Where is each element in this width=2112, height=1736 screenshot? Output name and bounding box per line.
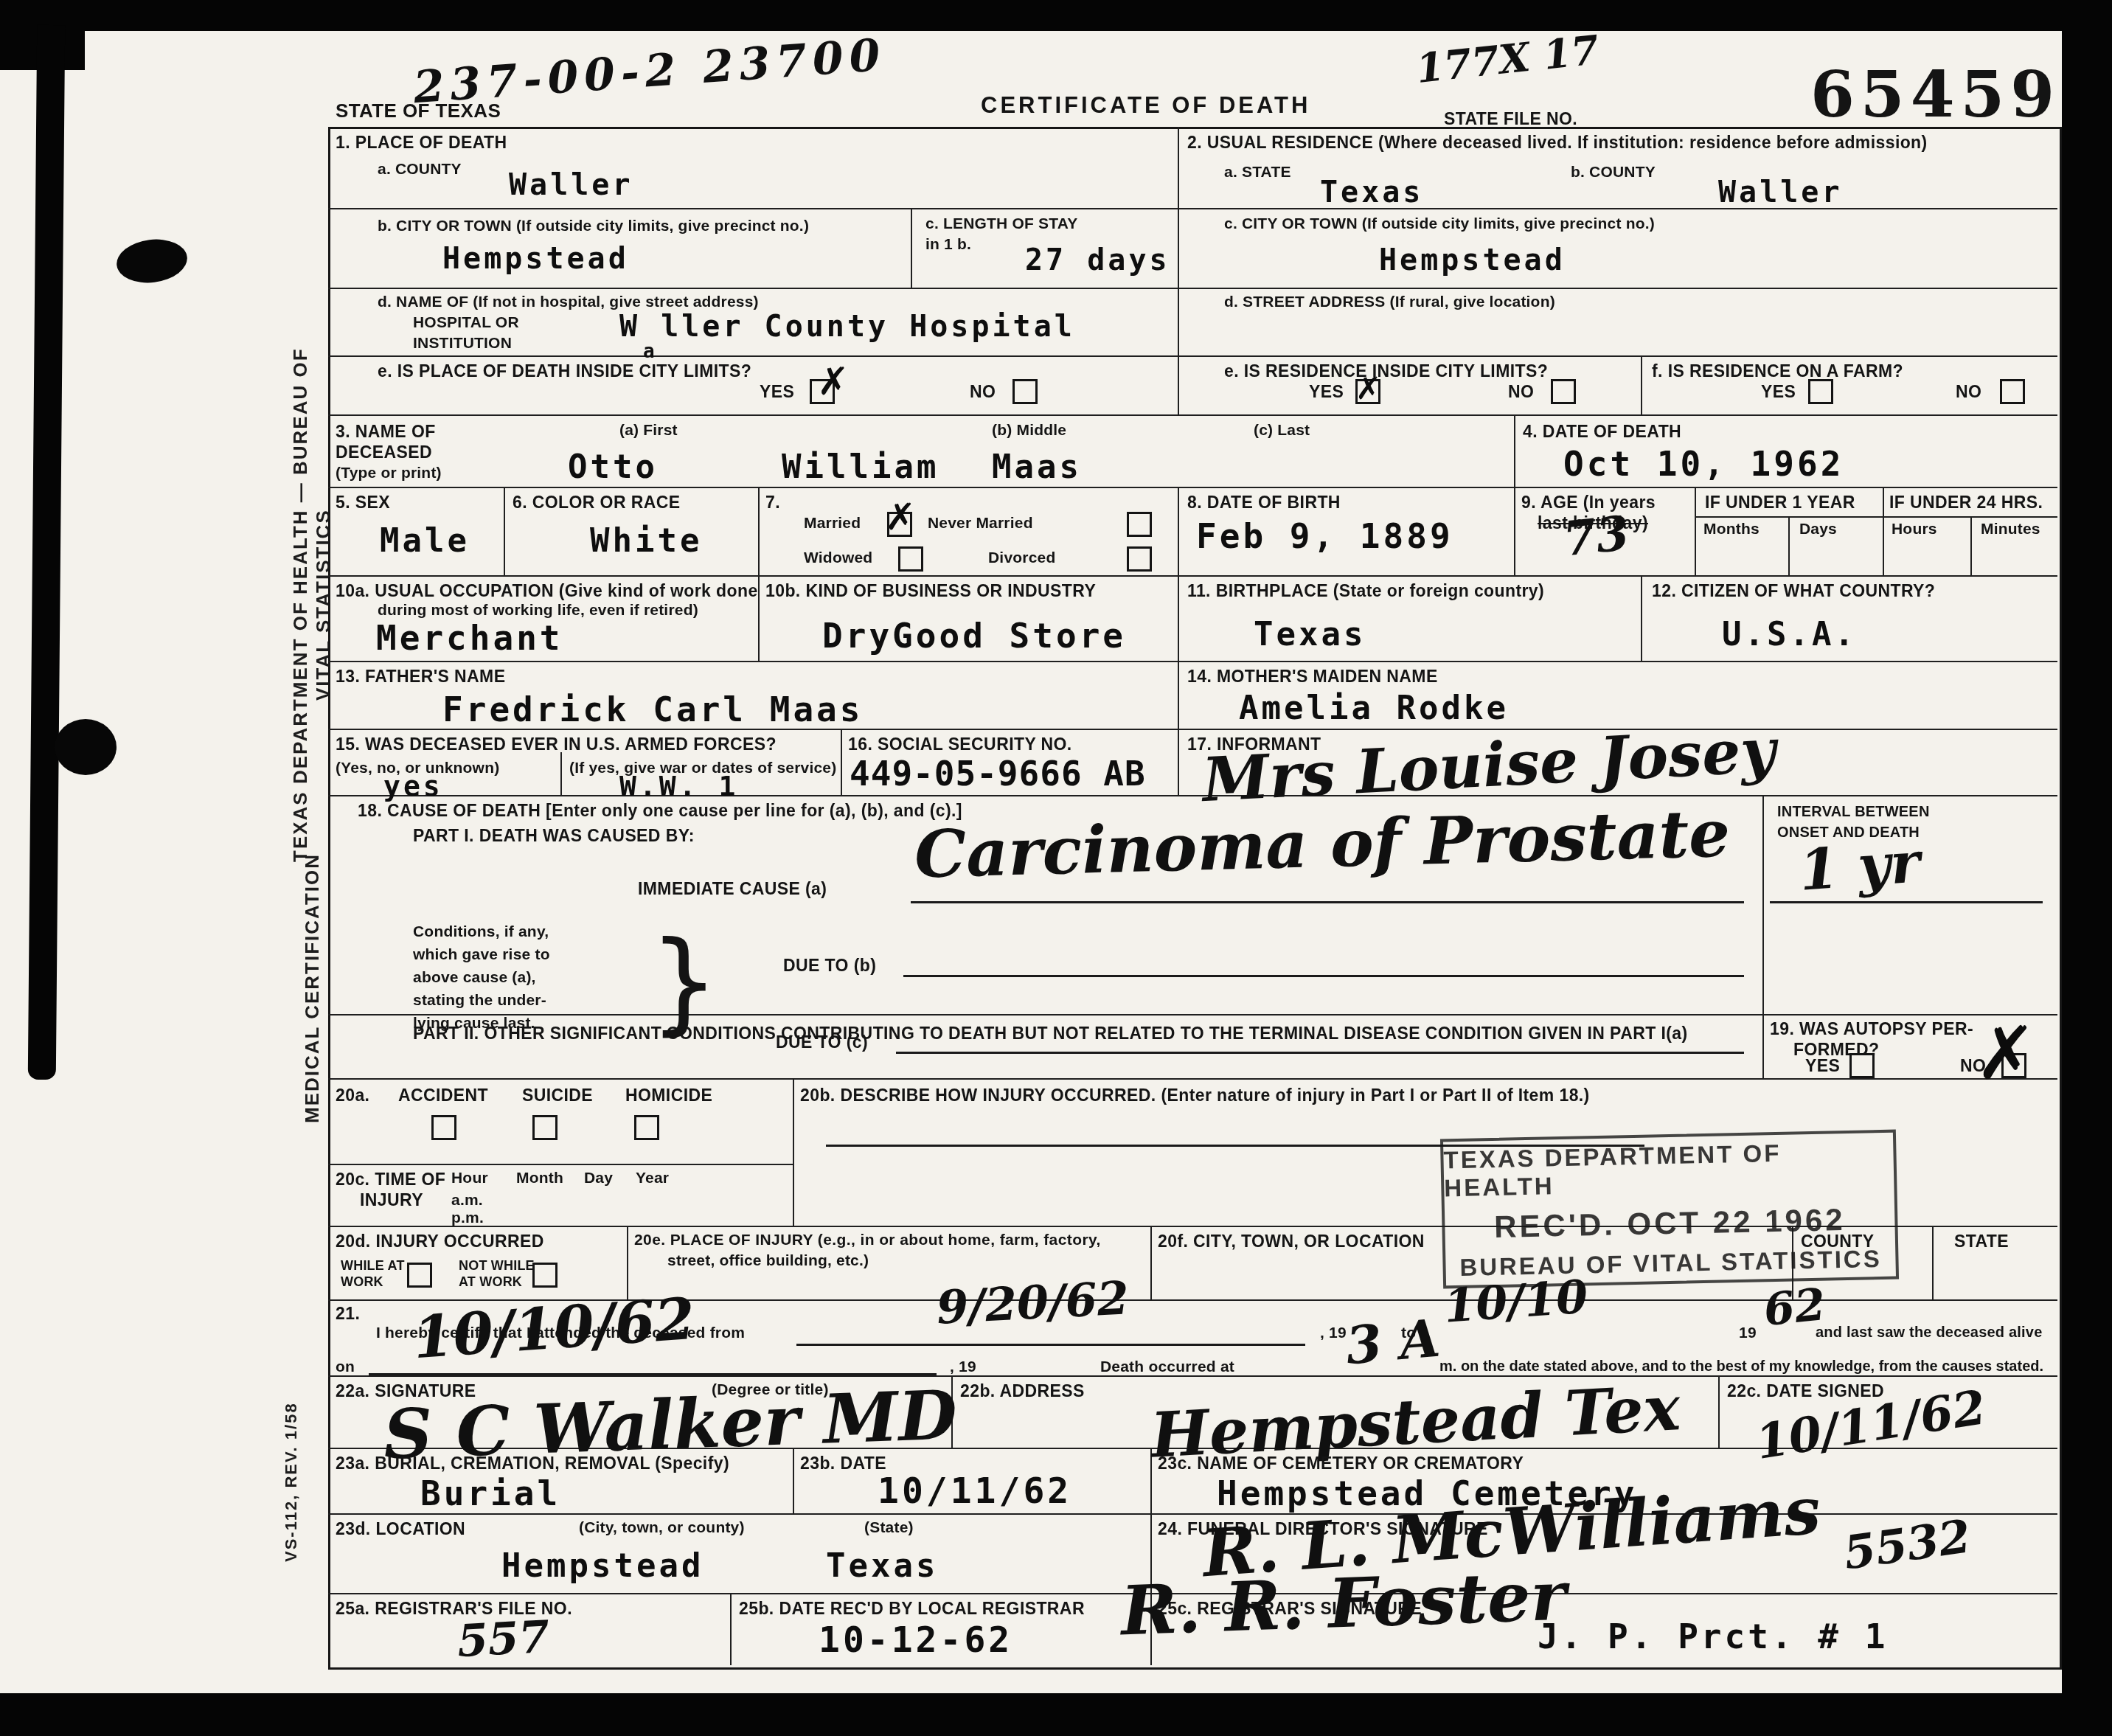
field-20c-pm-label: p.m. bbox=[451, 1209, 484, 1227]
field-7-divorced-label: Divorced bbox=[988, 549, 1055, 567]
checkbox-20d-while-at-work bbox=[407, 1263, 432, 1288]
field-1b-label: b. CITY OR TOWN (If outside city limits,… bbox=[378, 218, 809, 235]
certificate-title: CERTIFICATE OF DEATH bbox=[981, 92, 1310, 119]
field-3-middle-label: (b) Middle bbox=[992, 422, 1066, 440]
field-11-value: Texas bbox=[1254, 616, 1366, 653]
field-6-value: White bbox=[590, 522, 702, 560]
scan-right-edge bbox=[2062, 0, 2112, 1736]
field-1-label: 1. PLACE OF DEATH bbox=[336, 133, 507, 153]
field-9-hours-label: Hours bbox=[1892, 521, 1937, 538]
field-20a-homicide-label: HOMICIDE bbox=[625, 1086, 712, 1105]
field-23d-sub2: (State) bbox=[864, 1519, 914, 1537]
field-20c-day-label: Day bbox=[584, 1170, 613, 1187]
field-18-part2-label: PART II. OTHER SIGNIFICANT CONDITIONS CO… bbox=[413, 1024, 1688, 1044]
field-18-due-b-label: DUE TO (b) bbox=[783, 956, 876, 976]
field-20e-label: 20e. PLACE OF INJURY (e.g., in or about … bbox=[634, 1232, 1101, 1249]
field-23a-label: 23a. BURIAL, CREMATION, REMOVAL (Specify… bbox=[336, 1454, 729, 1473]
field-13-label: 13. FATHER'S NAME bbox=[336, 667, 505, 687]
field-21-on-word: on bbox=[336, 1358, 355, 1376]
field-3-middle-value: William bbox=[782, 448, 939, 486]
field-21-to-date: 10/10 bbox=[1442, 1269, 1590, 1333]
field-18-label: 18. CAUSE OF DEATH [Enter only one cause… bbox=[358, 801, 962, 821]
field-2b-value: Waller bbox=[1718, 176, 1843, 209]
field-9-days-label: Days bbox=[1799, 521, 1837, 538]
field-8-value: Feb 9, 1889 bbox=[1196, 516, 1453, 556]
field-20c-label1: 20c. TIME OF bbox=[336, 1170, 445, 1190]
field-18-conditions-line5: lying cause last. bbox=[413, 1015, 535, 1032]
field-2f-label: f. IS RESIDENCE ON A FARM? bbox=[1652, 361, 1903, 381]
form-number-text: VS-112, REV. 1/58 bbox=[282, 1372, 301, 1593]
field-3-first-value: Otto bbox=[568, 448, 658, 486]
field-7-never-married-label: Never Married bbox=[928, 515, 1033, 532]
field-18-part1-label: PART I. DEATH WAS CAUSED BY: bbox=[413, 826, 695, 846]
field-20d-notwhile-label2: AT WORK bbox=[459, 1274, 522, 1290]
state-file-no-label: STATE FILE NO. bbox=[1444, 109, 1577, 129]
field-4-label: 4. DATE OF DEATH bbox=[1523, 422, 1681, 442]
field-2e-label: e. IS RESIDENCE INSIDE CITY LIMITS? bbox=[1224, 361, 1548, 381]
field-2a-value: Texas bbox=[1320, 176, 1423, 209]
field-25a-value: 557 bbox=[456, 1611, 551, 1667]
field-18-conditions-line1: Conditions, if any, bbox=[413, 923, 549, 941]
field-14-label: 14. MOTHER'S MAIDEN NAME bbox=[1187, 667, 1438, 687]
field-2f-no-label: NO bbox=[1956, 382, 1981, 402]
field-6-label: 6. COLOR OR RACE bbox=[513, 493, 680, 513]
due-b-line bbox=[903, 975, 1744, 977]
field-8-label: 8. DATE OF BIRTH bbox=[1187, 493, 1341, 513]
field-10a-value: Merchant bbox=[376, 618, 563, 658]
field-2f-yes-label: YES bbox=[1761, 382, 1796, 402]
checkbox-20a-accident bbox=[431, 1115, 456, 1140]
field-16-label: 16. SOCIAL SECURITY NO. bbox=[848, 735, 1072, 754]
scan-bottom-edge bbox=[0, 1693, 2112, 1736]
field-4-value: Oct 10, 1962 bbox=[1563, 444, 1844, 484]
field-25c-typed: J. P. Prct. # 1 bbox=[1538, 1617, 1888, 1656]
field-3-label2: DECEASED bbox=[336, 442, 432, 462]
field-2b-label: b. COUNTY bbox=[1571, 164, 1656, 181]
interval-line bbox=[1770, 901, 2043, 903]
field-1d-value: W ller County Hospital bbox=[619, 310, 1075, 344]
received-stamp: TEXAS DEPARTMENT OF HEALTH REC'D. OCT 22… bbox=[1440, 1130, 1899, 1289]
field-1e-yes-label: YES bbox=[760, 382, 794, 402]
field-19-label1: 19. WAS AUTOPSY PER- bbox=[1770, 1019, 1973, 1039]
field-2a-label: a. STATE bbox=[1224, 164, 1291, 181]
field-2c-value: Hempstead bbox=[1379, 243, 1566, 277]
field-23d-city-value: Hempstead bbox=[501, 1547, 704, 1585]
punch-hole bbox=[55, 719, 117, 775]
field-1c-value: 27 days bbox=[1025, 243, 1170, 277]
checkbox-20d-not-while-at-work bbox=[532, 1263, 557, 1288]
checkbox-19-no-mark: ✗ bbox=[1975, 1010, 2037, 1097]
field-1a-value: Waller bbox=[509, 168, 633, 202]
field-1d-label3: INSTITUTION bbox=[413, 335, 512, 353]
field-21-text3: Death occurred at bbox=[1100, 1358, 1234, 1376]
field-21-time-value: 3 A bbox=[1344, 1308, 1442, 1377]
field-1d-label2: HOSPITAL OR bbox=[413, 314, 519, 332]
handwritten-certificate-numbers: 237-00-2 23700 bbox=[411, 29, 887, 114]
field-18-conditions-line4: stating the under- bbox=[413, 992, 546, 1010]
field-21-19a: , 19 bbox=[1320, 1324, 1347, 1342]
field-20d-label: 20d. INJURY OCCURRED bbox=[336, 1232, 544, 1251]
field-20c-month-label: Month bbox=[516, 1170, 563, 1187]
field-20d-notwhile-label1: NOT WHILE bbox=[459, 1258, 535, 1274]
field-20a-label: 20a. bbox=[336, 1086, 369, 1105]
field-1c-label2: in 1 b. bbox=[925, 236, 971, 254]
stamp-line1: TEXAS DEPARTMENT OF HEALTH bbox=[1443, 1136, 1894, 1202]
field-18-interval-value: 1 yr bbox=[1797, 829, 1922, 903]
field-20c-am-label: a.m. bbox=[451, 1192, 483, 1209]
checkbox-2e-yes-mark: ✗ bbox=[1355, 370, 1381, 406]
field-7-married-label: Married bbox=[804, 515, 861, 532]
field-3-label1: 3. NAME OF bbox=[336, 422, 436, 442]
field-21-text2: and last saw the deceased alive bbox=[1816, 1324, 2042, 1341]
field-21-label: 21. bbox=[336, 1304, 360, 1324]
field-20e-label2: street, office building, etc.) bbox=[667, 1252, 869, 1270]
checkbox-20a-suicide bbox=[532, 1115, 557, 1140]
stamp-line2: REC'D. OCT 22 1962 bbox=[1494, 1202, 1846, 1245]
checkbox-20a-homicide bbox=[634, 1115, 659, 1140]
field-10a-label: 10a. USUAL OCCUPATION (Give kind of work… bbox=[336, 581, 758, 601]
field-20c-hour-label: Hour bbox=[451, 1170, 488, 1187]
punch-hole bbox=[114, 235, 190, 286]
field-20a-suicide-label: SUICIDE bbox=[522, 1086, 593, 1105]
field-18-interval-label1: INTERVAL BETWEEN bbox=[1777, 804, 1930, 821]
field-25b-label: 25b. DATE REC'D BY LOCAL REGISTRAR bbox=[739, 1599, 1085, 1619]
field-15-value2: W.W. 1 bbox=[619, 770, 738, 802]
sidebar-medical-certification-text: MEDICAL CERTIFICATION bbox=[301, 796, 324, 1180]
field-1e-no-label: NO bbox=[970, 382, 996, 402]
field-7-widowed-label: Widowed bbox=[804, 549, 872, 567]
checkbox-2f-no bbox=[2000, 379, 2025, 404]
field-15-value1: yes bbox=[383, 770, 443, 802]
field-20d-whileatwork-label1: WHILE AT bbox=[341, 1258, 405, 1274]
field-23b-value: 10/11/62 bbox=[878, 1471, 1071, 1512]
field-18-conditions-line3: above cause (a), bbox=[413, 969, 536, 987]
field-3-first-label: (a) First bbox=[619, 422, 678, 440]
field-10b-label: 10b. KIND OF BUSINESS OR INDUSTRY bbox=[765, 581, 1096, 601]
field-9-value: 73 bbox=[1560, 506, 1631, 568]
due-c-line bbox=[896, 1052, 1744, 1054]
checkbox-1e-no bbox=[1012, 379, 1038, 404]
cause-a-line bbox=[911, 901, 1744, 903]
field-9-under24-label: IF UNDER 24 HRS. bbox=[1889, 493, 2043, 513]
field-20c-label2: INJURY bbox=[360, 1190, 423, 1210]
checkbox-1e-yes-mark: ✗ bbox=[817, 360, 850, 404]
field-12-label: 12. CITIZEN OF WHAT COUNTRY? bbox=[1652, 581, 1935, 601]
field-16-value: 449-05-9666 AB bbox=[850, 754, 1146, 794]
checkbox-2e-no bbox=[1551, 379, 1576, 404]
field-2c-label: c. CITY OR TOWN (If outside city limits,… bbox=[1224, 215, 1655, 233]
field-2e-no-label: NO bbox=[1508, 382, 1534, 402]
field-2d-label: d. STREET ADDRESS (If rural, give locati… bbox=[1224, 294, 1555, 311]
field-20f-state-label: STATE bbox=[1954, 1232, 2009, 1251]
line-21a bbox=[796, 1344, 1305, 1346]
field-1d-typed-correction: a bbox=[643, 341, 658, 363]
field-18-immediate-cause-label: IMMEDIATE CAUSE (a) bbox=[638, 879, 827, 899]
field-10a-label2: during most of working life, even if ret… bbox=[378, 602, 698, 619]
field-23b-label: 23b. DATE bbox=[800, 1454, 886, 1473]
field-19-yes-label: YES bbox=[1805, 1056, 1840, 1076]
field-12-value: U.S.A. bbox=[1722, 616, 1857, 653]
checkbox-7-never-married bbox=[1127, 512, 1152, 537]
serial-number: 65459 bbox=[1810, 58, 2060, 132]
field-1d-label: d. NAME OF (If not in hospital, give str… bbox=[378, 294, 759, 311]
field-21-from-date: 9/20/62 bbox=[935, 1271, 1130, 1335]
death-certificate-scan: TEXAS DEPARTMENT OF HEALTH — BUREAU OF V… bbox=[0, 0, 2112, 1736]
field-9-months-label: Months bbox=[1703, 521, 1760, 538]
field-1c-label: c. LENGTH OF STAY bbox=[925, 215, 1077, 233]
field-1b-value: Hempstead bbox=[442, 242, 629, 276]
field-23d-sub1: (City, town, or county) bbox=[579, 1519, 745, 1537]
field-7-label: 7. bbox=[765, 493, 780, 513]
checkbox-7-divorced bbox=[1127, 546, 1152, 572]
field-1e-label: e. IS PLACE OF DEATH INSIDE CITY LIMITS? bbox=[378, 361, 751, 381]
line-21b bbox=[369, 1373, 937, 1375]
scan-top-edge bbox=[0, 0, 2112, 31]
checkbox-2f-yes bbox=[1808, 379, 1833, 404]
field-21-19c: , 19 bbox=[950, 1358, 976, 1376]
field-1a-label: a. COUNTY bbox=[378, 161, 462, 178]
field-2e-yes-label: YES bbox=[1309, 382, 1344, 402]
handwritten-file-number: 177X 17 bbox=[1414, 26, 1601, 92]
field-15-label: 15. WAS DECEASED EVER IN U.S. ARMED FORC… bbox=[336, 735, 777, 754]
field-20f-label: 20f. CITY, TOWN, OR LOCATION bbox=[1158, 1232, 1425, 1251]
field-23d-label: 23d. LOCATION bbox=[336, 1519, 465, 1539]
field-13-value: Fredrick Carl Maas bbox=[442, 690, 864, 729]
field-20c-year-label: Year bbox=[636, 1170, 669, 1187]
field-10b-value: DryGood Store bbox=[822, 616, 1126, 656]
checkbox-7-married-mark: ✗ bbox=[885, 496, 916, 538]
field-20d-whileatwork-label2: WORK bbox=[341, 1274, 383, 1290]
field-5-label: 5. SEX bbox=[336, 493, 390, 513]
field-14-value: Amelia Rodke bbox=[1239, 690, 1509, 727]
field-2-label: 2. USUAL RESIDENCE (Where deceased lived… bbox=[1187, 133, 1928, 153]
field-9-under1yr-label: IF UNDER 1 YEAR bbox=[1705, 493, 1855, 513]
registrar-signature: R. R. Foster bbox=[1119, 1555, 1567, 1650]
field-5-value: Male bbox=[380, 522, 470, 560]
checkbox-7-widowed bbox=[898, 546, 923, 572]
field-18-conditions-line2: which gave rise to bbox=[413, 946, 550, 964]
field-9-minutes-label: Minutes bbox=[1981, 521, 2040, 538]
field-3-label3: (Type or print) bbox=[336, 465, 442, 482]
scan-left-strip bbox=[28, 25, 65, 1080]
field-3-last-value: Maas bbox=[992, 448, 1082, 486]
field-21-19b: 19 bbox=[1739, 1324, 1757, 1342]
field-23c-label: 23c. NAME OF CEMETERY OR CREMATORY bbox=[1158, 1454, 1524, 1473]
field-11-label: 11. BIRTHPLACE (State or foreign country… bbox=[1187, 581, 1544, 601]
field-21-text4: m. on the date stated above, and to the … bbox=[1439, 1358, 2043, 1375]
field-22b-label: 22b. ADDRESS bbox=[960, 1381, 1085, 1401]
field-20b-label: 20b. DESCRIBE HOW INJURY OCCURRED. (Ente… bbox=[800, 1086, 1590, 1105]
field-3-last-label: (c) Last bbox=[1254, 422, 1310, 440]
field-25b-value: 10-12-62 bbox=[819, 1619, 1012, 1661]
checkbox-19-yes bbox=[1849, 1053, 1875, 1078]
field-23a-value: Burial bbox=[420, 1473, 560, 1513]
field-20a-accident-label: ACCIDENT bbox=[398, 1086, 488, 1105]
field-23d-state-value: Texas bbox=[826, 1547, 938, 1585]
